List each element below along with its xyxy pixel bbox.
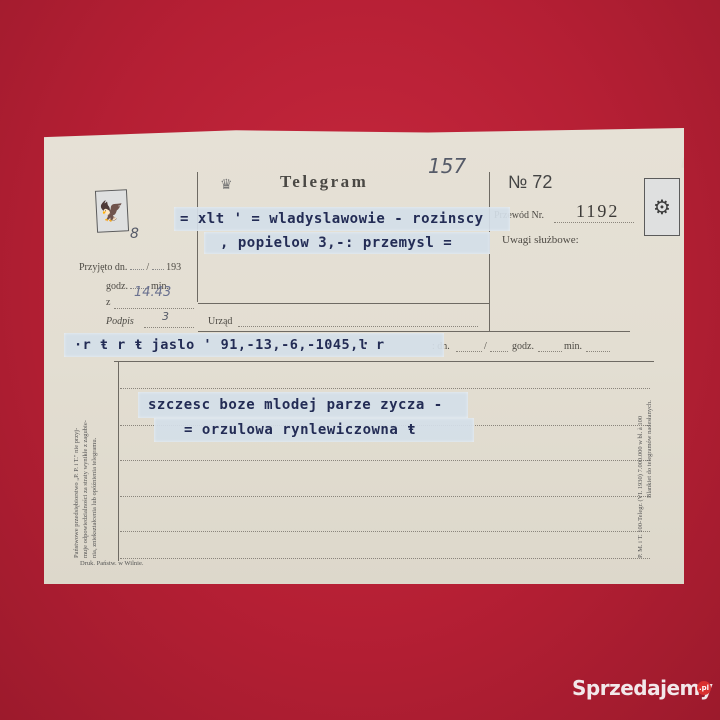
right-margin-form-code: P. M. i T. 100-Telegr. (VI. 1930) 7.000.… (636, 400, 654, 558)
przyjeto-separator: / (146, 262, 149, 273)
urzad-label: Urząd (208, 316, 232, 327)
delivery-row-bottom (114, 361, 654, 362)
przyjeto-label: Przyjęto dn. / 193 (79, 262, 181, 273)
telegram-form: ♛ Telegram 157 № 72 Przewód Nr. 1192 Uwa… (44, 128, 684, 584)
frame-left-vertical (197, 172, 198, 302)
torn-corner (681, 158, 707, 173)
message-rule (120, 496, 650, 497)
z-label: z (106, 297, 110, 308)
tape-message-line1: szczesc boze mlodej parze zycza - (138, 392, 468, 418)
urzad-dotline (238, 326, 478, 327)
tape-origin-line: ·r ŧ r ŧ jaslo ' 91,-13,-6,-1045,ŀ r (64, 333, 444, 357)
right-postage-stamp-emblem-icon: ⚙ (644, 178, 680, 236)
przyjeto-dn-label: Przyjęto dn. (79, 262, 127, 273)
urzad-box-bottom (198, 331, 489, 332)
delivery-sep-dotline (490, 351, 508, 352)
right-box-bottom (490, 331, 630, 332)
delivery-min-dotline (586, 351, 610, 352)
message-rule (120, 388, 650, 389)
left-margin-line: Państwowe przedsiębiorstwo „P. P. i T." … (72, 420, 81, 558)
telegram-number: № 72 (508, 172, 552, 193)
przewod-dotline (554, 222, 634, 223)
telegram-title: Telegram (280, 172, 368, 192)
z-dotline (114, 308, 194, 309)
sprzedajemy-watermark: Sprzedajemy (572, 676, 712, 700)
handwritten-stamp-mark: 8 (130, 226, 139, 242)
message-rule (120, 558, 650, 559)
polish-eagle-emblem-icon: ♛ (220, 177, 236, 193)
sprzedajemy-pl-badge: .pl (697, 681, 711, 695)
godz-label: godz. (106, 281, 128, 292)
podpis-dotline (144, 327, 194, 328)
delivery-min-label: min. (564, 341, 582, 352)
podpis-label: Podpis (106, 316, 134, 327)
header-box-bottom (198, 303, 489, 304)
message-rule (120, 531, 650, 532)
right-margin-line: P. M. i T. 100-Telegr. (VI. 1930) 7.000.… (636, 400, 645, 558)
tape-message-line2: = orzulowa rynlewiczowna ŧ (154, 418, 474, 442)
message-left-border (118, 361, 119, 561)
delivery-dn-dotline (456, 351, 482, 352)
left-margin-line: muje odpowiedzialności za straty wynikłe… (81, 420, 90, 558)
printer-imprint: Druk. Państw. w Wilnie. (80, 560, 143, 567)
handwritten-time: 14.43 (134, 285, 171, 300)
message-rule (120, 460, 650, 461)
handwritten-reference-number: 157 (428, 154, 466, 178)
tape-address-line2: , popielow 3,-: przemysl = (204, 232, 490, 254)
przyjeto-year: 193 (166, 262, 181, 273)
right-margin-line: Blankiet do telegramów nadesłanych. (645, 400, 654, 558)
uwagi-label: Uwagi służbowe: (502, 234, 579, 246)
left-margin-liability-text: Państwowe przedsiębiorstwo „P. P. i T." … (72, 420, 99, 558)
przewod-value: 1192 (576, 201, 619, 222)
delivery-godz-label: godz. (512, 341, 534, 352)
tape-address-line1: = xlt ' = wladyslawowie - rozinscy (174, 207, 510, 231)
left-postage-stamp-eagle-icon: 🦅 (95, 189, 129, 233)
left-margin-line: nia, zniekształcenia lub opóźnienia tele… (90, 420, 99, 558)
delivery-godz-dotline (538, 351, 562, 352)
handwritten-podpis: 3 (162, 310, 169, 323)
delivery-separator: / (484, 341, 487, 352)
